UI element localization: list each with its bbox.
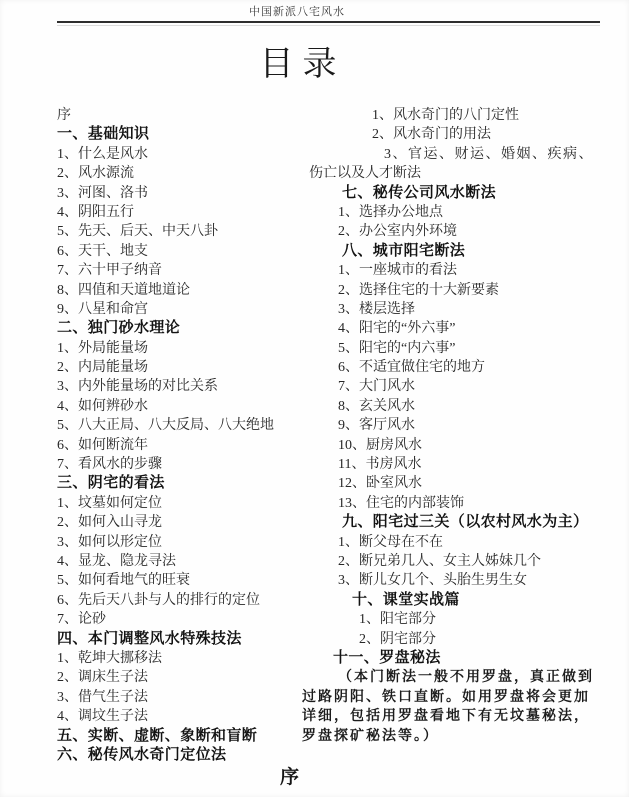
toc-item: 九、阳宅过三关（以农村风水为主） <box>342 513 602 532</box>
toc-item: 过路阴阳、铁口直断。如用罗盘将会更加 <box>302 688 602 707</box>
toc-item: 2、如何入山寻龙 <box>57 513 300 532</box>
header-rule <box>57 21 600 23</box>
toc-item: 11、书房风水 <box>338 455 602 474</box>
toc-item: 12、卧室风水 <box>338 474 602 493</box>
toc-item: 9、客厅风水 <box>338 416 602 435</box>
toc-item: 5、如何看地气的旺衰 <box>57 571 300 590</box>
toc-item: 10、厨房风水 <box>338 436 602 455</box>
toc-item: 7、论砂 <box>57 610 300 629</box>
toc-item: 3、借气生子法 <box>57 688 300 707</box>
toc-item: 4、阳宅的“外六事” <box>338 319 602 338</box>
page-title: 目录 <box>0 36 596 85</box>
toc-item: 伤亡以及人才断法 <box>309 164 602 183</box>
toc-item: 罗盘探矿秘法等。） <box>302 727 602 746</box>
toc-item: 2、风水奇门的用法 <box>372 125 602 144</box>
toc-item: 9、八星和命宫 <box>57 300 300 319</box>
toc-item: 三、阴宅的看法 <box>57 474 300 493</box>
toc-item: 5、八大正局、八大反局、八大绝地 <box>57 416 300 435</box>
toc-item: 1、阳宅部分 <box>359 610 602 629</box>
toc-item: 6、天干、地支 <box>57 242 300 261</box>
toc-item: 十、课堂实战篇 <box>352 591 602 610</box>
toc-item: 1、乾坤大挪移法 <box>57 649 300 668</box>
toc-item: 1、坟墓如何定位 <box>57 494 300 513</box>
toc-item: 3、楼层选择 <box>338 300 602 319</box>
toc-item: 7、看风水的步骤 <box>57 455 300 474</box>
toc-item: 2、阴宅部分 <box>359 630 602 649</box>
toc-item: 五、实断、虚断、象断和盲断 <box>57 727 300 746</box>
toc-item: 一、基础知识 <box>57 125 300 144</box>
toc-item: 5、阳宅的“内六事” <box>338 339 602 358</box>
toc-item: 1、选择办公地点 <box>338 203 602 222</box>
toc-item: 四、本门调整风水特殊技法 <box>57 630 300 649</box>
toc-item: 七、秘传公司风水断法 <box>342 184 602 203</box>
toc-item: 详细，包括用罗盘看地下有无坟墓秘法， <box>302 707 602 726</box>
toc-item: 2、风水源流 <box>57 164 300 183</box>
toc-item: 3、断儿女几个、头胎生男生女 <box>338 571 602 590</box>
toc-item: 二、独门砂水理论 <box>57 319 300 338</box>
toc-item: 8、玄关风水 <box>338 397 602 416</box>
toc-item: 3、内外能量场的对比关系 <box>57 377 300 396</box>
toc-item: 1、一座城市的看法 <box>338 261 602 280</box>
section-heading-footer: 序 <box>0 762 580 789</box>
toc-item: 1、断父母在不在 <box>338 533 602 552</box>
toc-item: 4、调坟生子法 <box>57 707 300 726</box>
toc-item: 6、如何断流年 <box>57 436 300 455</box>
toc-item: 3、如何以形定位 <box>57 533 300 552</box>
header-rule-shadow <box>57 25 600 26</box>
toc-item: 7、大门风水 <box>338 377 602 396</box>
toc-item: 13、住宅的内部装饰 <box>338 494 602 513</box>
toc-item: 2、办公室内外环境 <box>338 222 602 241</box>
toc-item: 4、如何辨砂水 <box>57 397 300 416</box>
toc-item: 6、不适宜做住宅的地方 <box>338 358 602 377</box>
toc-item: 2、调床生子法 <box>57 668 300 687</box>
toc-item: 2、选择住宅的十大新要素 <box>338 281 602 300</box>
toc-item: （本门断法一般不用罗盘，真正做到 <box>338 668 602 687</box>
toc-item: 4、显龙、隐龙寻法 <box>57 552 300 571</box>
toc-item: 6、先后天八卦与人的排行的定位 <box>57 591 300 610</box>
toc-item: 3、官运、财运、婚姻、疾病、 <box>384 145 602 164</box>
toc-item: 1、风水奇门的八门定性 <box>372 106 602 125</box>
toc-item: 8、四值和天道地道论 <box>57 281 300 300</box>
toc-item: 八、城市阳宅断法 <box>342 242 602 261</box>
toc-item: 7、六十甲子纳音 <box>57 261 300 280</box>
toc-item: 3、河图、洛书 <box>57 184 300 203</box>
toc-item: 1、什么是风水 <box>57 145 300 164</box>
toc-item: 4、阴阳五行 <box>57 203 300 222</box>
toc-item: 5、先天、后天、中天八卦 <box>57 222 300 241</box>
toc-item: 2、断兄弟几人、女主人姊妹几个 <box>338 552 602 571</box>
toc-item: 1、外局能量场 <box>57 339 300 358</box>
running-header: 中国新派八宅风水 <box>0 3 594 19</box>
toc-item: 2、内局能量场 <box>57 358 300 377</box>
toc-left-column: 序一、基础知识1、什么是风水2、风水源流3、河图、洛书4、阴阳五行5、先天、后天… <box>57 106 300 765</box>
document-page: 中国新派八宅风水 目录 序一、基础知识1、什么是风水2、风水源流3、河图、洛书4… <box>0 0 629 797</box>
toc-item: 序 <box>57 106 300 125</box>
toc-right-column: 1、风水奇门的八门定性2、风水奇门的用法3、官运、财运、婚姻、疾病、伤亡以及人才… <box>302 106 602 746</box>
toc-item: 十一、罗盘秘法 <box>333 649 602 668</box>
